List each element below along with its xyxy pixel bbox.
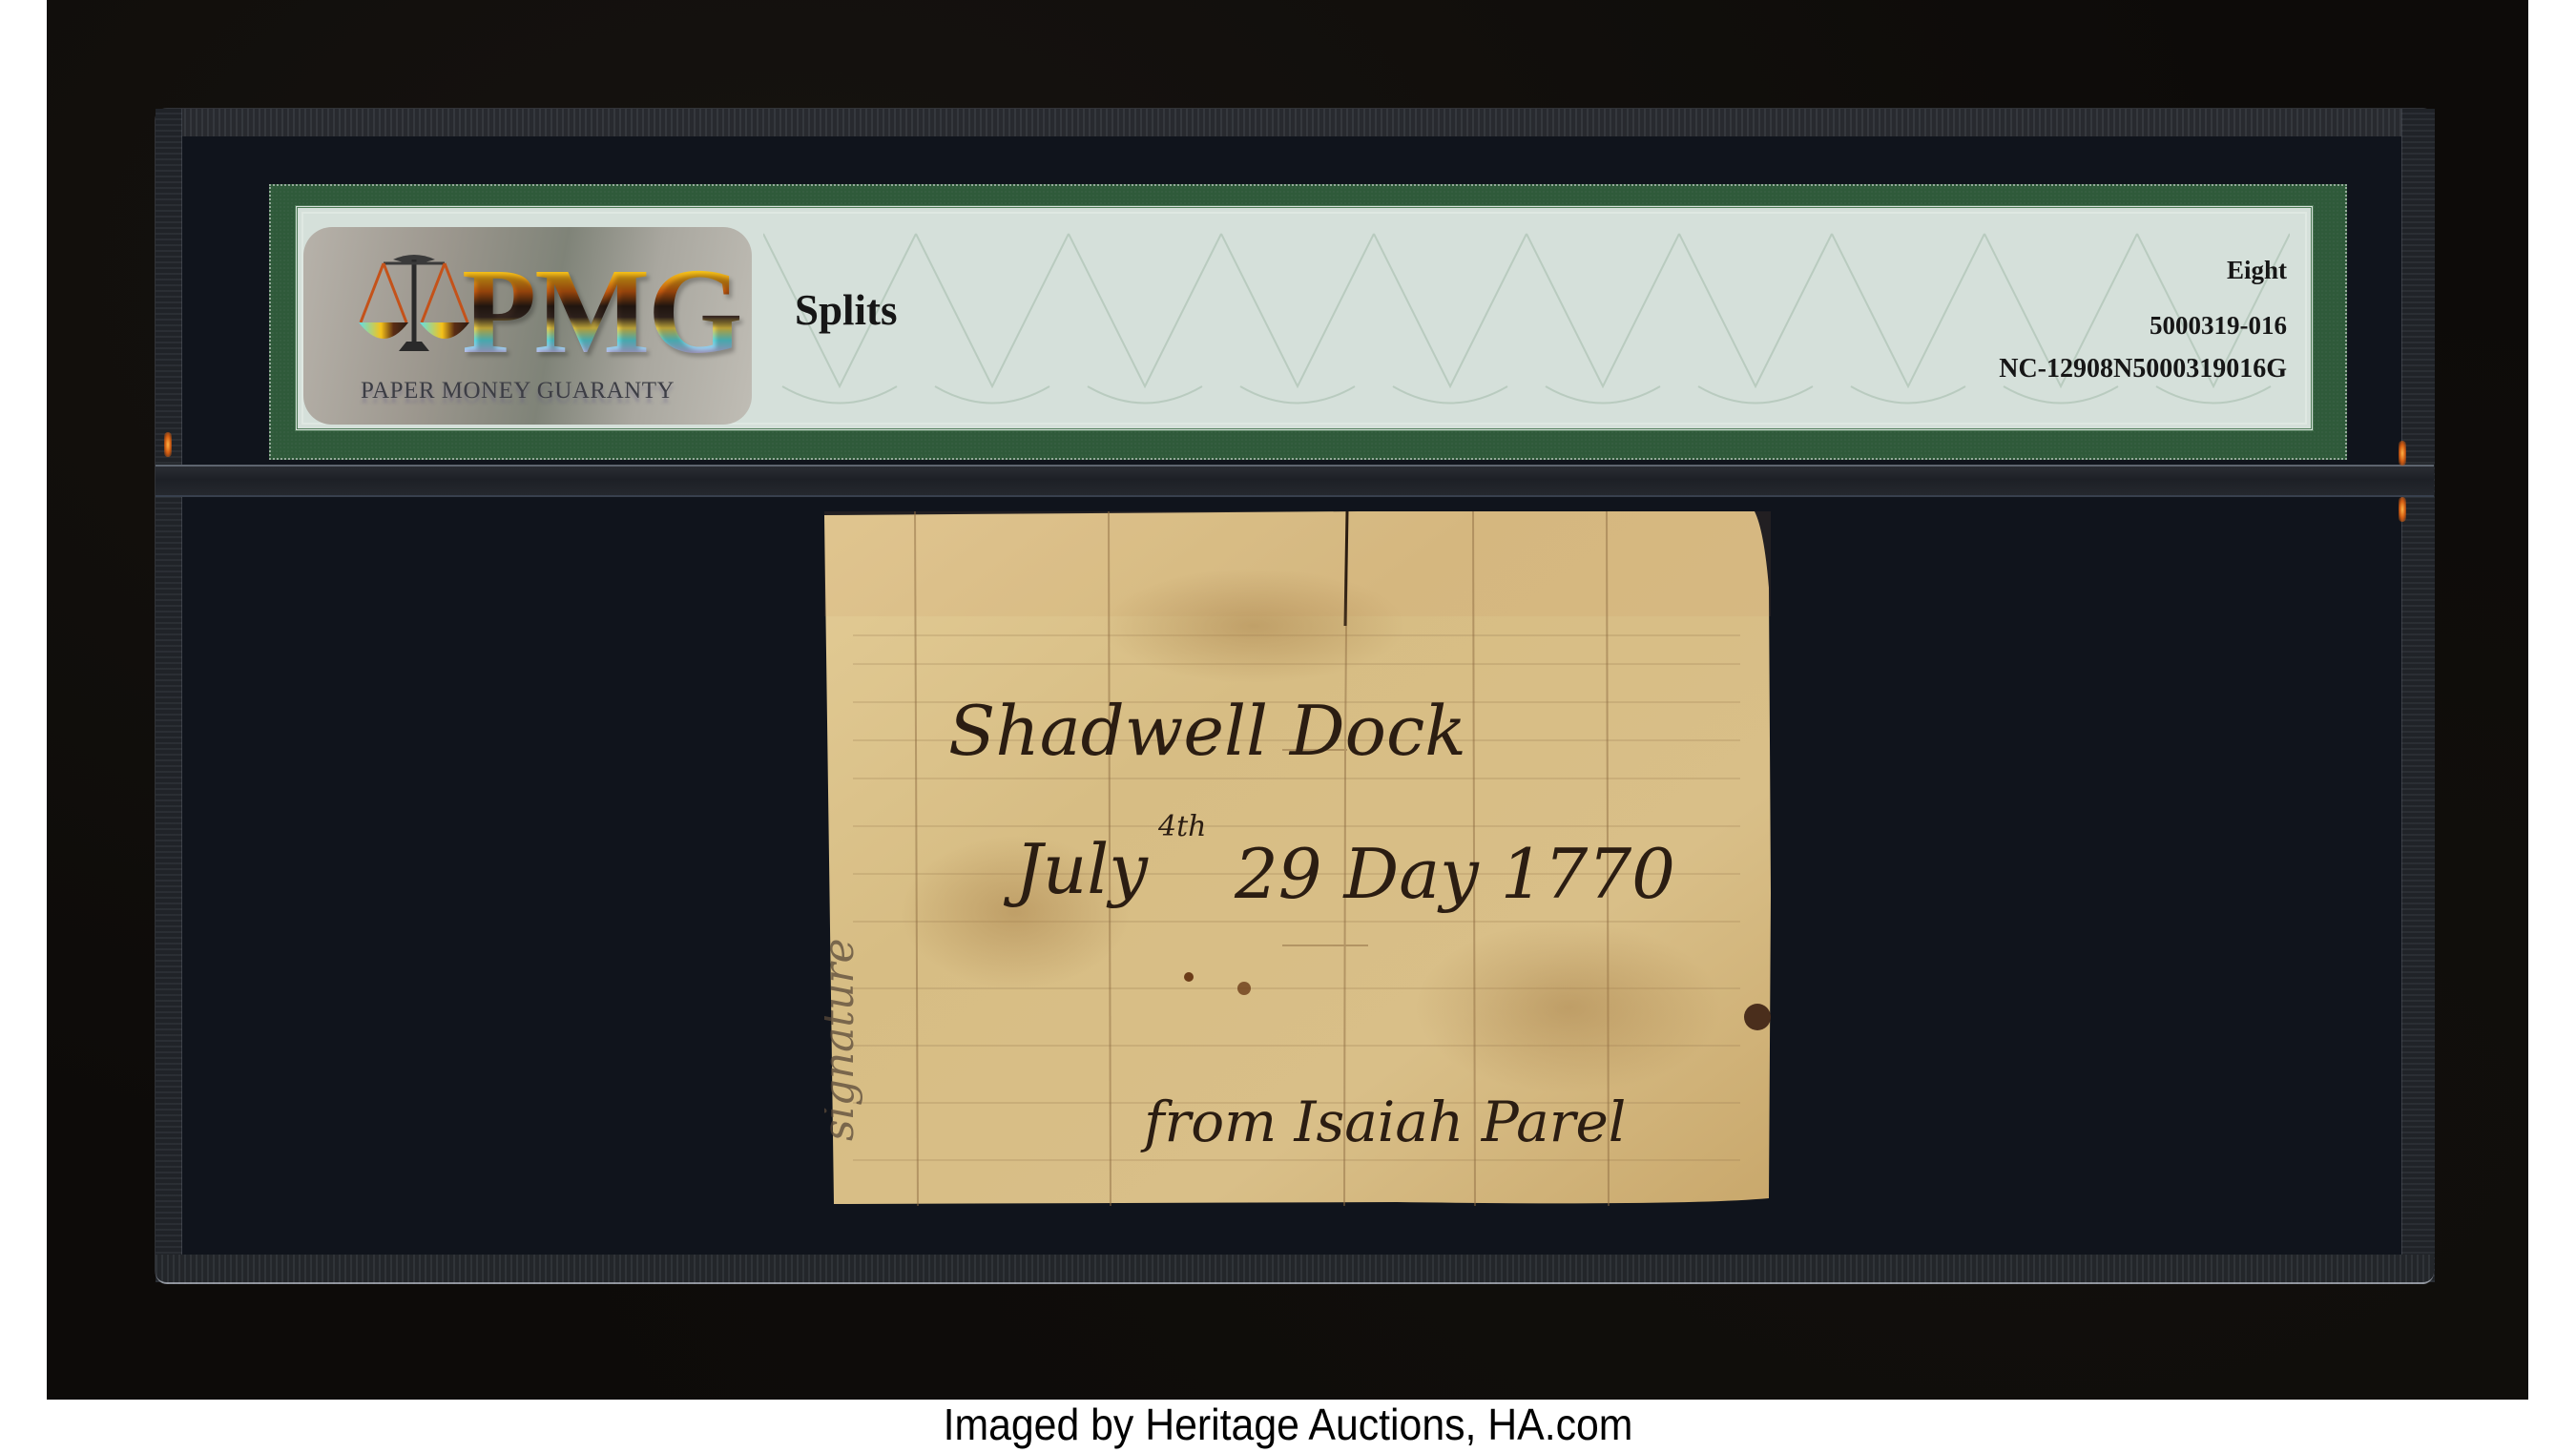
vertical-signature: signature: [824, 939, 863, 1141]
variety-text: Splits: [795, 289, 898, 332]
handwriting-line-3: from Isaiah Parel: [1140, 1090, 1626, 1154]
handwriting-line-1: Shadwell Dock: [948, 691, 1466, 771]
slab-bottom-rail: [156, 1255, 2434, 1284]
handwriting-superscript: 4th: [1157, 810, 1206, 843]
slab-label-separator: [156, 465, 2434, 497]
image-credit-caption: Imaged by Heritage Auctions, HA.com: [91, 1402, 2486, 1446]
svg-text:signature: signature: [824, 939, 863, 1141]
handwriting-month: July: [1003, 829, 1149, 909]
colonial-banknote-back: Shadwell Dock July 4th 29 Day 1770 from …: [824, 511, 1771, 1206]
grade-text: Eight: [2227, 258, 2287, 283]
barcode: [1726, 385, 2287, 426]
scales-of-justice-icon: [355, 252, 473, 357]
pmg-hologram-logo: PMG PAPER MONEY GUARANTY: [303, 227, 752, 425]
pmg-logo-text: PMG: [462, 250, 741, 372]
light-glint: [164, 432, 172, 457]
slab-top-rail: [156, 109, 2434, 136]
light-glint: [2399, 497, 2406, 522]
light-glint: [2399, 441, 2406, 466]
cert-number: 5000319-016: [2150, 313, 2287, 339]
catalog-code: NC-12908N5000319016G: [1999, 356, 2287, 383]
slab-right-rail: [2401, 109, 2435, 1282]
handwriting-date: 29 Day 1770: [1234, 834, 1675, 914]
slab-left-rail: [156, 109, 182, 1282]
pmg-full-name: PAPER MONEY GUARANTY: [361, 378, 714, 405]
